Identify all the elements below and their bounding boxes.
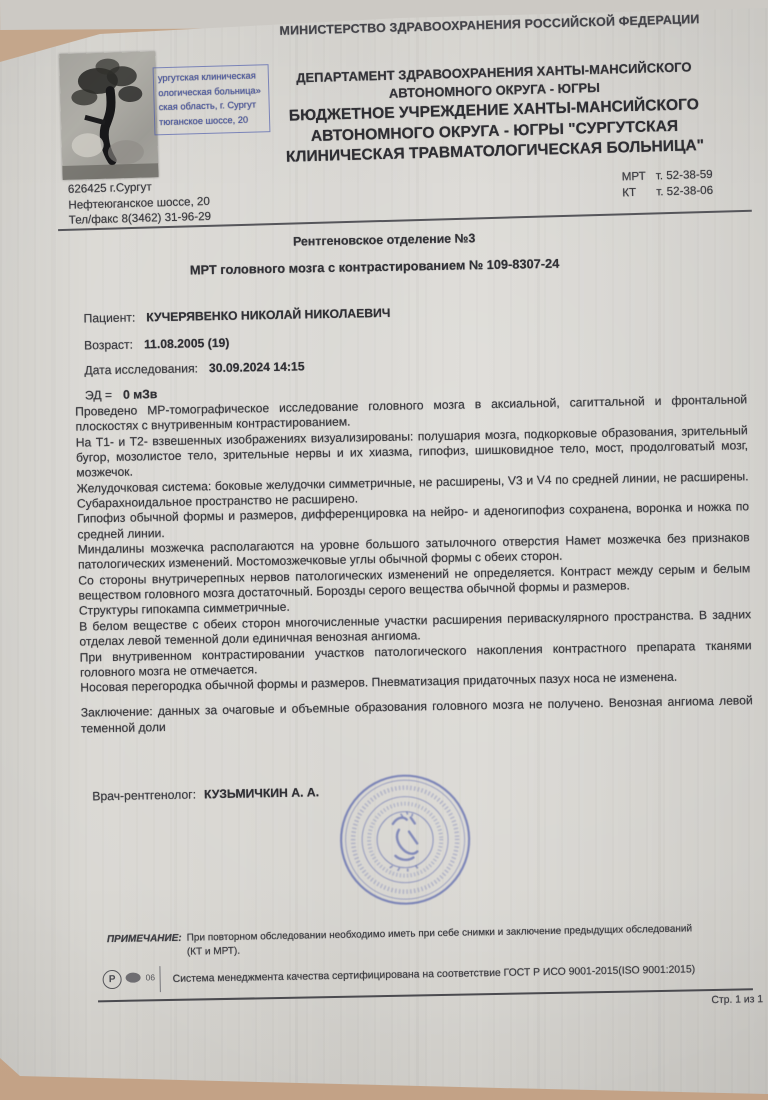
patient-name: КУЧЕРЯВЕНКО НИКОЛАЙ НИКОЛАЕВИЧ bbox=[146, 306, 390, 324]
hospital-address: 626425 г.Сургут Нефтеюганское шоссе, 20 … bbox=[68, 178, 212, 229]
dose-row: ЭД =0 мЗв bbox=[85, 387, 158, 402]
ministry-title: МИНИСТЕРСТВО ЗДРАВООХРАНЕНИЯ РОССИЙСКОЙ … bbox=[239, 11, 739, 39]
phone-value: т. 52-38-06 bbox=[656, 184, 713, 199]
dose-value: 0 мЗв bbox=[123, 387, 158, 402]
round-hospital-seal bbox=[336, 770, 474, 908]
age-label: Возраст: bbox=[84, 338, 133, 353]
study-date-label: Дата исследования: bbox=[84, 361, 198, 377]
tree-emblem-icon bbox=[59, 51, 158, 180]
note-text: При повторном обследовании необходимо им… bbox=[187, 922, 708, 959]
findings-text: Проведено МР-томографическое исследовани… bbox=[75, 392, 752, 696]
quality-mark-icon bbox=[126, 973, 141, 983]
patient-row: Пациент:КУЧЕРЯВЕНКО НИКОЛАЙ НИКОЛАЕВИЧ bbox=[83, 306, 390, 326]
page-number: Стр. 1 из 1 bbox=[623, 994, 763, 1008]
age-value: 11.08.2005 (19) bbox=[144, 336, 230, 352]
footer-note: ПРИМЕЧАНИЕ: При повторном обследовании н… bbox=[107, 922, 707, 960]
age-row: Возраст:11.08.2005 (19) bbox=[84, 336, 230, 353]
doctor-row: Врач-рентгенолог:КУЗЬМИЧКИН А. А. bbox=[92, 785, 319, 803]
study-date-row: Дата исследования:30.09.2024 14:15 bbox=[84, 359, 304, 377]
phone-value: т. 52-38-59 bbox=[656, 168, 713, 183]
doctor-label: Врач-рентгенолог: bbox=[92, 787, 196, 803]
certification-text: Система менеджмента качества сертифициро… bbox=[173, 964, 733, 985]
conclusion-text: Заключение: данных за очаговые и объемны… bbox=[81, 693, 753, 736]
hospital-logo bbox=[59, 51, 158, 180]
phone-label: МРТ bbox=[622, 168, 656, 185]
note-label: ПРИМЕЧАНИЕ: bbox=[107, 932, 182, 960]
doctor-name: КУЗЬМИЧКИН А. А. bbox=[204, 785, 319, 801]
phone-label: КТ bbox=[622, 184, 656, 201]
round-seal-icon bbox=[336, 770, 474, 908]
phone-row-kt: КТт. 52-38-06 bbox=[622, 183, 713, 202]
institution-title: БЮДЖЕТНОЕ УЧРЕЖДЕНИЕ ХАНТЫ-МАНСИЙСКОГО А… bbox=[244, 94, 746, 169]
document-content: ургутская клиническая ологическая больни… bbox=[0, 0, 768, 1100]
patient-label: Пациент: bbox=[83, 311, 135, 326]
gost-r-mark-icon: Р bbox=[102, 970, 121, 989]
certification-marks: Р 06 bbox=[102, 966, 163, 997]
study-date-value: 30.09.2024 14:15 bbox=[209, 359, 305, 375]
cert-number-mark: 06 bbox=[146, 972, 156, 982]
department-phones: МРТт. 52-38-59 КТт. 52-38-06 bbox=[622, 167, 714, 202]
dose-label: ЭД = bbox=[85, 388, 112, 402]
